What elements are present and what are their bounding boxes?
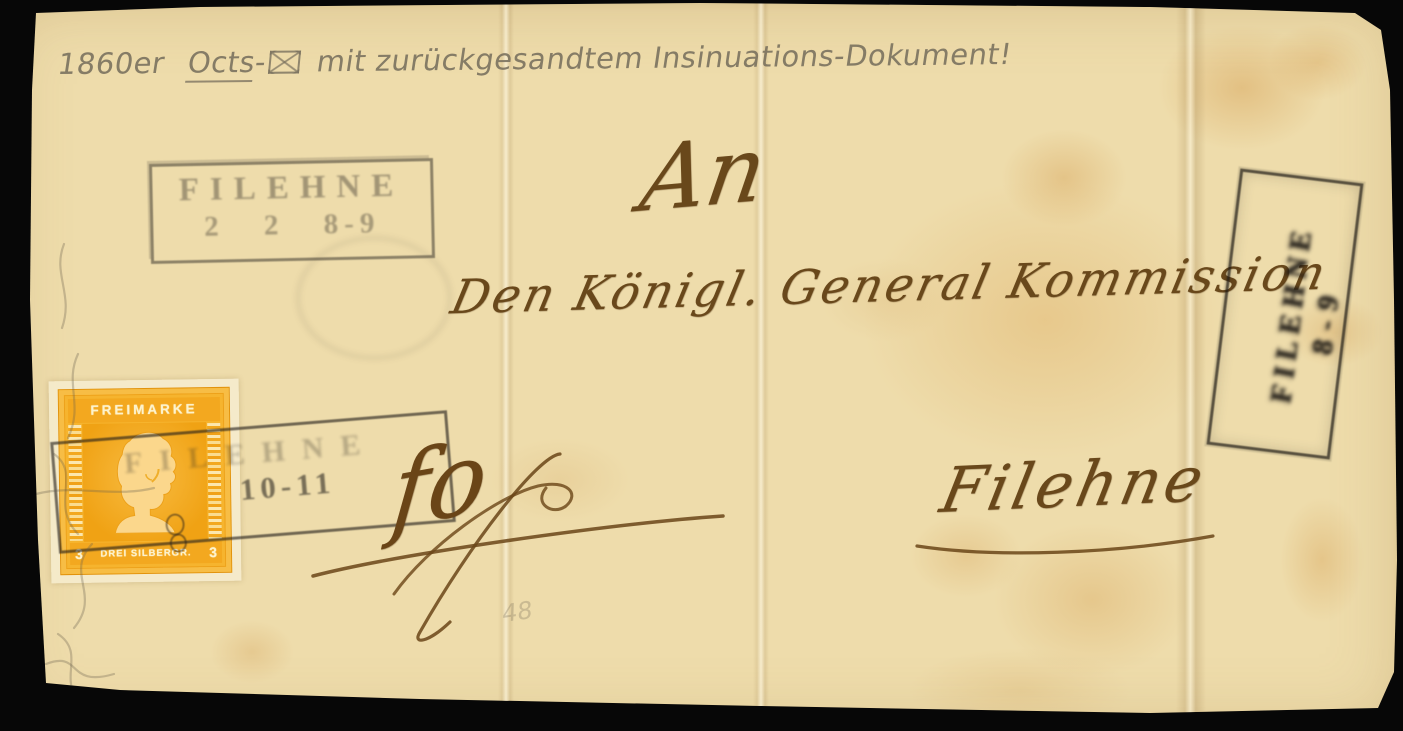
fold-crease [1176, 0, 1206, 731]
pencil-showthrough-scribbles [22, 232, 202, 712]
fold-crease [753, 0, 769, 731]
address-recipient: Den Königl. General Kommission [446, 246, 1333, 326]
letter-cover: 1860er Octs- mit zurückgesandtem Insinua… [0, 0, 1403, 731]
annotation-underlined-word: Octs [185, 45, 258, 83]
scan-background: 1860er Octs- mit zurückgesandtem Insinua… [0, 0, 1403, 731]
address-salutation: An [634, 116, 773, 234]
annotation-text: mit zurückgesandtem Insinuations-Dokumen… [315, 37, 1015, 78]
annotation-year: 1860er [56, 46, 168, 81]
envelope-icon [267, 50, 300, 73]
franco-paraph: fo [387, 418, 493, 552]
faint-pencil-digits: 48 [502, 596, 533, 629]
departure-postmark-town: FILEHNE [152, 167, 431, 210]
side-postmark-box: FILEHNE 8-9 [1207, 168, 1364, 459]
address-place: Filehne [935, 442, 1214, 527]
stamp-value-right: 3 [204, 544, 222, 560]
pencil-annotation: 1860er Octs- mit zurückgesandtem Insinua… [58, 37, 1018, 81]
ghost-cancel-smudge [296, 236, 452, 360]
